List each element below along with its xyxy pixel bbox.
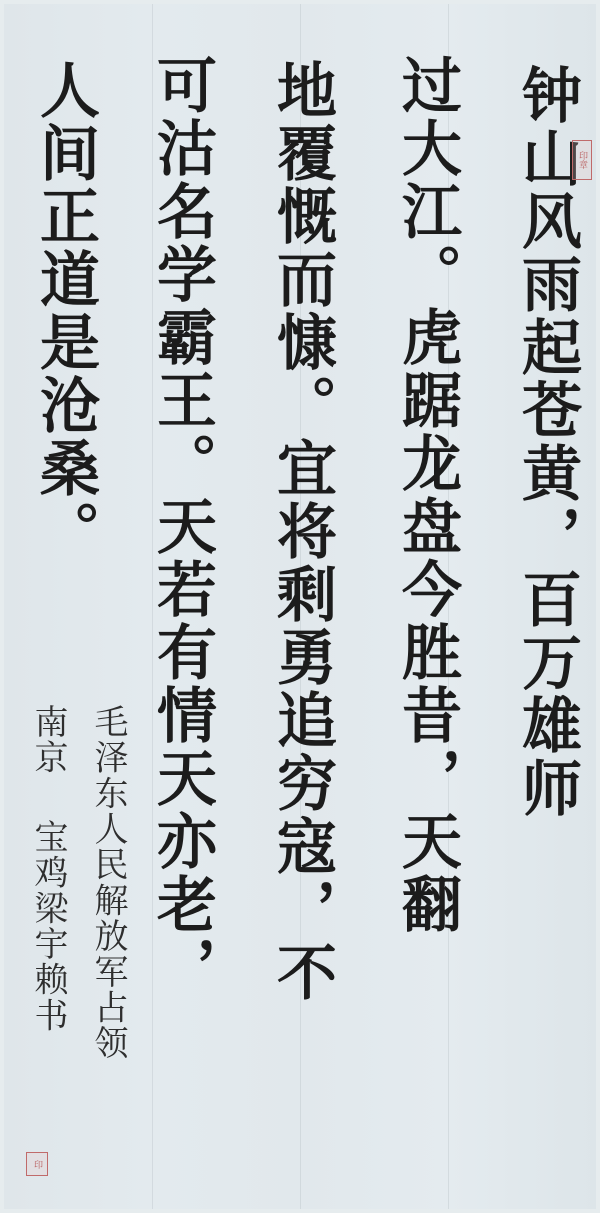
inscription-place: 南京 <box>24 704 73 775</box>
inscription-signature: 宝鸡梁宇赖书 <box>24 819 73 1033</box>
seal-upper-right: 印章 <box>572 140 592 180</box>
poem-column-5: 人间正道是沧桑。 <box>22 59 108 563</box>
calligraphy-scroll: 钟山风雨起苍黄，百万雄师 过大江。虎踞龙盘今胜昔，天翻 地覆慨而慷。宜将剩勇追穷… <box>4 4 596 1209</box>
poem-column-2: 过大江。虎踞龙盘今胜昔，天翻 <box>384 54 470 936</box>
poem-column-3: 地覆慨而慷。宜将剩勇追穷寇，不 <box>259 59 345 1004</box>
seal-lower-left: 印 <box>26 1152 48 1176</box>
poem-column-4: 可沽名学霸王。天若有情天亦老， <box>139 54 225 999</box>
inscription-title: 毛泽东人民解放军占领 <box>84 704 133 1061</box>
